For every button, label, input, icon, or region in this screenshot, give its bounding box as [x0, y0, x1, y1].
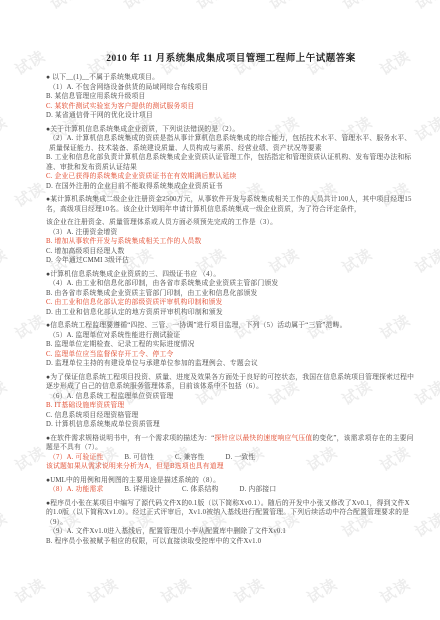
option-line: B. 某信息管理应用系统升级项目 [46, 92, 416, 102]
body-text: D. 监理单位主持的有建设单位与承建单位参加的监理例会、专题会议 [46, 360, 258, 367]
answer-text: C. 监理单位应当监督保存开工令、停工令 [46, 351, 173, 358]
question-stem: ● 以下__(1)__不属于系统集成项目。 [46, 73, 416, 83]
question-stem: ●程序员小张在某项目中编写了源代码文件X的0.1版（以下简称Xv0.1）。随后的… [46, 499, 416, 528]
body-text: D. 在国外注册的企业目前不能取得系统集成企业资质证书 [46, 183, 223, 190]
question-stem: ●在软件需求规格说明书中，有一个需求项的描述为：“探针应以最快的速度响应气压值的… [46, 434, 416, 453]
option-line: D. 计算机信息系统集成单位资质管理 [46, 420, 416, 430]
option-line: （1）A. 不包含网络设备供货的局域网综合布线项目 [46, 83, 416, 93]
body-text: ●为了保证信息系统工程项目投资、质量、进度及效果各方面处于良好的可控状态，我国在… [46, 374, 414, 391]
correct-answer-line: C. 由工业和信息化部认定的部级资质评审机构印制和颁发 [46, 298, 416, 308]
reviewer-note: 该试题如果从需求说明来分析为A，但是B选项也具有道理 [46, 462, 416, 472]
body-text: ●程序员小张在某项目中编写了源代码文件X的0.1版（以下简称Xv0.1）。随后的… [46, 500, 410, 526]
option-line: B. 程序员小张被赋予相应的权限，可以直接读取受控库中的文件Xv1.0 [46, 537, 416, 547]
body-text: B. 监理单位定期检查、记录工程的实际进度情况 [46, 341, 194, 348]
question-stem: ●信息系统工程监理要遵循“四控、三管、一协调”进行项目监理，下列（5）活动属于“… [46, 321, 416, 331]
body-text: （9）A. 文件Xv1.0进入基线后，配置管理员小李从配置库中删除了文件Xv0.… [49, 528, 286, 535]
option-line: D. 监理单位主持的有建设单位与承建单位参加的监理例会、专题会议 [46, 359, 416, 369]
body-text: （1）A. 不包含网络设备供货的局域网综合布线项目 [49, 84, 208, 91]
body-text: C. 信息系统项目经理资格管理 [46, 412, 139, 419]
body-text: ●在软件需求规格说明书中，有一个需求项的描述为：“ [46, 435, 214, 442]
body-text: C. 增加高级项目经理人数 [46, 248, 125, 255]
correct-answer-line: B. IT基础设施库资质管理 [46, 401, 416, 411]
answer-text: B. 增加从事软件开发与系统集成相关工作的人员数 [46, 238, 201, 245]
correct-answer-line: C. 某软件测试实验室为客户提供的测试服务项目 [46, 102, 416, 112]
option-line: （3）A. 注册资金增资 [46, 228, 416, 238]
option-line: （9）A. 文件Xv1.0进入基线后，配置管理员小李从配置库中删除了文件Xv0.… [46, 527, 416, 537]
correct-answer-line: （8）A. 功能需求 B. 详细设计 C. 体系结构 D. 内部接口 [46, 485, 416, 495]
question-stem: ●UML中的用例和用例图的主要用途是描述系统的（8）。 [46, 476, 416, 486]
body-text: B. 某信息管理应用系统升级项目 [46, 93, 146, 100]
body-text: B. 可信性 C. 兼容性 D. 一致性 [104, 454, 256, 461]
body-text: B. 由各省市系统集成企业资质主管部门印制，由工业和信息化部颁发 [46, 290, 257, 297]
option-line: D. 某省通信骨干网的优化设计项目 [46, 111, 416, 121]
body-text: 该企业在注册资金、质量管理体系或人员方面必须预先完成的工作是（3）。 [46, 219, 277, 226]
option-line: （4）A. 由工业和信息化部印制，由各省市系统集成企业资质主管部门颁发 [46, 279, 416, 289]
question-list: ● 以下__(1)__不属于系统集成项目。（1）A. 不包含网络设备供货的局域网… [46, 73, 416, 546]
body-text: ●计算机信息系统集成企业资质的三、四级证书应 （4）。 [46, 271, 220, 278]
answer-text: C. 由工业和信息化部认定的部级资质评审机构印制和颁发 [46, 299, 222, 306]
answer-text: 探针应以最快的速度响应气压值 [214, 435, 312, 442]
answer-text: （7）A. 可验证性 [49, 454, 104, 461]
body-text: D. 某省通信骨干网的优化设计项目 [46, 112, 153, 119]
body-text: （2）A. 计算机信息系统集成的资质是指从事计算机信息系统集成的综合能力，包括技… [49, 135, 411, 152]
correct-answer-line: C. 企业已获得的系统集成企业资质证书在有效期满后默认延续 [46, 172, 416, 182]
option-line: （2）A. 计算机信息系统集成的资质是指从事计算机信息系统集成的综合能力，包括技… [46, 134, 416, 153]
option-line: （6）A. 信息系统工程监理单位资质管理 [46, 392, 416, 402]
option-line: B. 由各省市系统集成企业资质主管部门印制，由工业和信息化部颁发 [46, 289, 416, 299]
body-text: ●信息系统工程监理要遵循“四控、三管、一协调”进行项目监理，下列（5）活动属于“… [46, 322, 347, 329]
body-text: （6）A. 信息系统工程监理单位资质管理 [49, 393, 173, 400]
question-stem: ●关于计算机信息系统集成企业资质，下列说法错误的是（2）。 [46, 125, 416, 135]
correct-answer-line: B. 增加从事软件开发与系统集成相关工作的人员数 [46, 237, 416, 247]
correct-answer-line: （7）A. 可验证性 B. 可信性 C. 兼容性 D. 一致性 [46, 453, 416, 463]
body-text: （3）A. 注册资金增资 [49, 229, 117, 236]
option-line: D. 由工业和信息化部认定的地方资质评审机构印制和颁发 [46, 308, 416, 318]
question-stem: ●某计算机系统集成二级企业注册资金2500万元，从事软件开发与系统集成相关工作的… [46, 195, 416, 214]
body-text: ●UML中的用例和用例图的主要用途是描述系统的（8）。 [46, 477, 220, 484]
answer-text: B. IT基础设施库资质管理 [46, 402, 124, 409]
answer-text: C. 企业已获得的系统集成企业资质证书在有效期满后默认延续 [46, 173, 236, 180]
body-text: B. 详细设计 C. 体系结构 D. 内部接口 [104, 486, 277, 493]
document-page: 2010 年 11 月系统集成集成项目管理工程师上午试题答案 ● 以下__(1)… [0, 0, 440, 620]
correct-answer-line: C. 监理单位应当监督保存开工令、停工令 [46, 350, 416, 360]
body-text: B. 程序员小张被赋予相应的权限，可以直接读取受控库中的文件Xv1.0 [46, 538, 261, 545]
option-line: （5）A. 监理单位对系统性能进行测试验证 [46, 331, 416, 341]
option-line: B. 监理单位定期检查、记录工程的实际进度情况 [46, 340, 416, 350]
body-text: B. 工业和信息化部负责计算机信息系统集成企业资质认证管理工作，包括指定和管理资… [46, 154, 411, 171]
body-text: （5）A. 监理单位对系统性能进行测试验证 [49, 332, 180, 339]
body-text: （4）A. 由工业和信息化部印制，由各省市系统集成企业资质主管部门颁发 [49, 280, 278, 287]
option-line: C. 信息系统项目经理资格管理 [46, 411, 416, 421]
document-body: 2010 年 11 月系统集成集成项目管理工程师上午试题答案 ● 以下__(1)… [0, 0, 440, 620]
option-line: D. 在国外注册的企业目前不能取得系统集成企业资质证书 [46, 182, 416, 192]
body-text: ●关于计算机信息系统集成企业资质，下列说法错误的是（2）。 [46, 126, 239, 133]
body-text: D. 由工业和信息化部认定的地方资质评审机构印制和颁发 [46, 309, 223, 316]
body-text: ● 以下__(1)__不属于系统集成项目。 [46, 74, 159, 81]
answer-text: C. 某软件测试实验室为客户提供的测试服务项目 [46, 103, 194, 110]
question-stem: ●为了保证信息系统工程项目投资、质量、进度及效果各方面处于良好的可控状态，我国在… [46, 373, 416, 392]
page-title: 2010 年 11 月系统集成集成项目管理工程师上午试题答案 [46, 50, 416, 64]
option-line: B. 工业和信息化部负责计算机信息系统集成企业资质认证管理工作，包括指定和管理资… [46, 153, 416, 172]
body-text: ●某计算机系统集成二级企业注册资金2500万元，从事软件开发与系统集成相关工作的… [46, 196, 412, 213]
answer-text: 该试题如果从需求说明来分析为A，但是B选项也具有道理 [46, 463, 224, 470]
question-stem: ●计算机信息系统集成企业资质的三、四级证书应 （4）。 [46, 270, 416, 280]
body-text: D. 计算机信息系统集成单位资质管理 [46, 421, 160, 428]
body-text: D. 今年通过CMMI 3级评估 [46, 257, 129, 264]
question-stem-continued: 该企业在注册资金、质量管理体系或人员方面必须预先完成的工作是（3）。 [46, 218, 416, 228]
option-line: D. 今年通过CMMI 3级评估 [46, 256, 416, 266]
answer-text: （8）A. 功能需求 [49, 486, 104, 493]
option-line: C. 增加高级项目经理人数 [46, 247, 416, 257]
